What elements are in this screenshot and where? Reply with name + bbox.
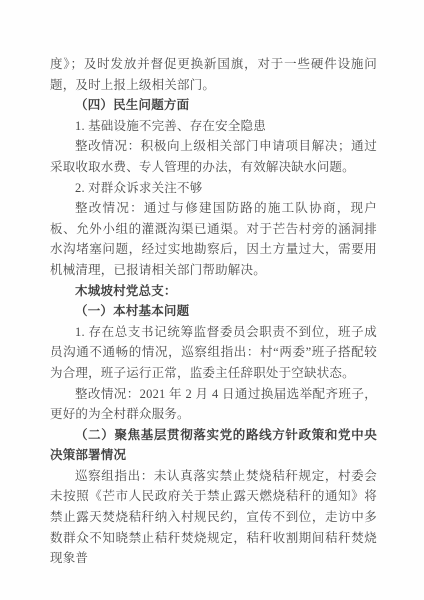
heading-section-2-party-policy-implementation: （二）聚焦基层贯彻落实党的路线方针政策和党中央决策部署情况: [50, 425, 377, 466]
para-inspection-straw-burning: 巡察组指出：未认真落实禁止焚烧秸秆规定，村委会未按照《芒市人民政府关于禁止露天燃…: [50, 466, 377, 569]
document-page: 度》；及时发放并督促更换新国旗，对于一些硬件设施问题，及时上报上级相关部门。 （…: [0, 0, 424, 600]
item-1-infrastructure-incomplete: 1. 基础设施不完善、存在安全隐患: [50, 116, 377, 137]
para-continued-from-previous-page: 度》；及时发放并督促更换新国旗，对于一些硬件设施问题，及时上报上级相关部门。: [50, 54, 377, 95]
para-rectification-irrigation-drainage: 整改情况：通过与修建国防路的施工队协商，现户板、允外小组的灌溉沟渠已通渠。对于芒…: [50, 198, 377, 280]
item-2-public-appeals-attention: 2. 对群众诉求关注不够: [50, 178, 377, 199]
para-rectification-election-2021: 整改情况：2021 年 2 月 4 日通过换届选举配齐班子，更好的为全村群众服务…: [50, 384, 377, 425]
heading-section-1-basic-problems: （一）本村基本问题: [50, 301, 377, 322]
para-problem-committee-duties: 1. 存在总支书记统筹监督委员会职责不到位，班子成员沟通不通畅的情况，巡察组指出…: [50, 322, 377, 384]
para-rectification-infrastructure: 整改情况：积极向上级相关部门申请项目解决；通过采取收取水费、专人管理的办法，有效…: [50, 136, 377, 177]
heading-muchengpo-village-party-branch: 木城坡村党总支：: [50, 281, 377, 302]
heading-section-4-livelihood-issues: （四）民生问题方面: [50, 95, 377, 116]
